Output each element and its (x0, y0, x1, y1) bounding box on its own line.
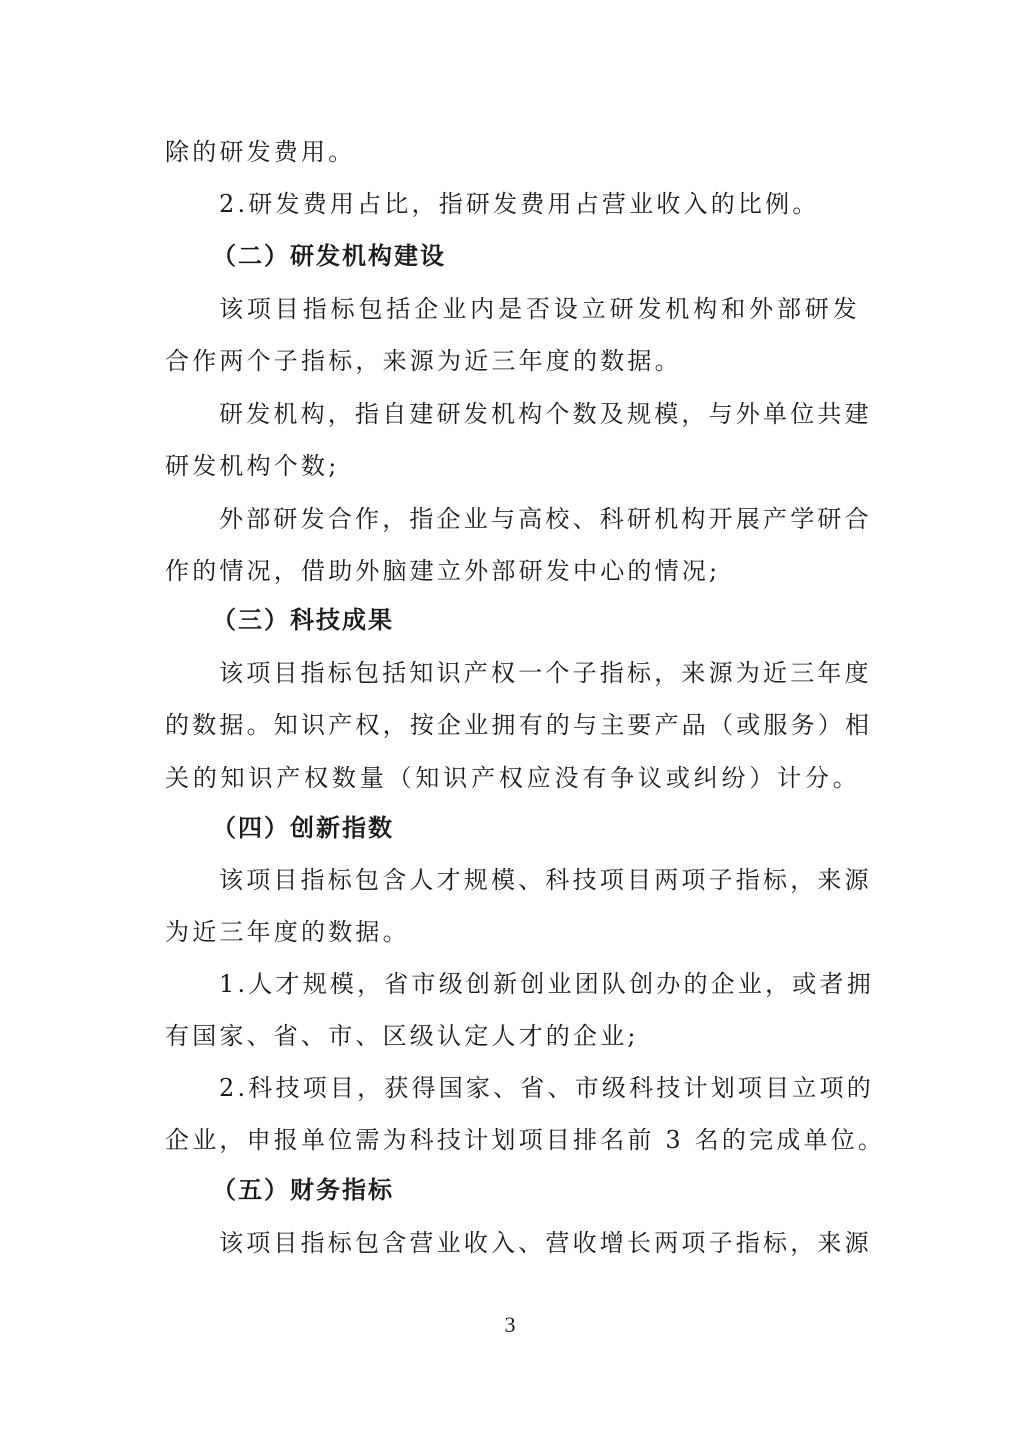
body-line: 合作两个子指标，来源为近三年度的数据。 (165, 341, 860, 381)
body-line: 1.人才规模，省市级创新创业团队创办的企业，或者拥 (219, 964, 860, 1004)
document-page: 除的研发费用。 2.研发费用占比，指研发费用占营业收入的比例。 （二）研发机构建… (0, 0, 1020, 1431)
body-line: 该项目指标包含营业收入、营收增长两项子指标，来源 (219, 1223, 860, 1263)
body-line: 外部研发合作，指企业与高校、科研机构开展产学研合 (219, 499, 860, 539)
body-line: 研发机构，指自建研发机构个数及规模，与外单位共建 (219, 394, 860, 434)
body-line: 有国家、省、市、区级认定人才的企业; (165, 1016, 860, 1056)
body-line: 该项目指标包括知识产权一个子指标，来源为近三年度 (219, 653, 860, 693)
body-line: 为近三年度的数据。 (165, 912, 860, 952)
body-line: 作的情况，借助外脑建立外部研发中心的情况; (165, 551, 860, 591)
section-heading: （二）研发机构建设 (212, 236, 907, 276)
body-line: 的数据。知识产权，按企业拥有的与主要产品（或服务）相 (165, 705, 860, 745)
body-line: 除的研发费用。 (165, 132, 860, 172)
body-line: 研发机构个数; (165, 446, 860, 486)
page-number: 3 (490, 1310, 530, 1340)
section-heading: （三）科技成果 (212, 600, 907, 640)
body-line: 该项目指标包含人才规模、科技项目两项子指标，来源 (219, 860, 860, 900)
section-heading: （四）创新指数 (212, 808, 907, 848)
body-line: 关的知识产权数量（知识产权应没有争议或纠纷）计分。 (165, 758, 860, 798)
body-line: 企业，申报单位需为科技计划项目排名前 3 名的完成单位。 (165, 1120, 860, 1160)
section-heading: （五）财务指标 (212, 1170, 907, 1210)
body-line: 2.科技项目，获得国家、省、市级科技计划项目立项的 (219, 1068, 860, 1108)
body-line: 2.研发费用占比，指研发费用占营业收入的比例。 (219, 184, 860, 224)
body-line: 该项目指标包括企业内是否设立研发机构和外部研发 (219, 289, 860, 329)
